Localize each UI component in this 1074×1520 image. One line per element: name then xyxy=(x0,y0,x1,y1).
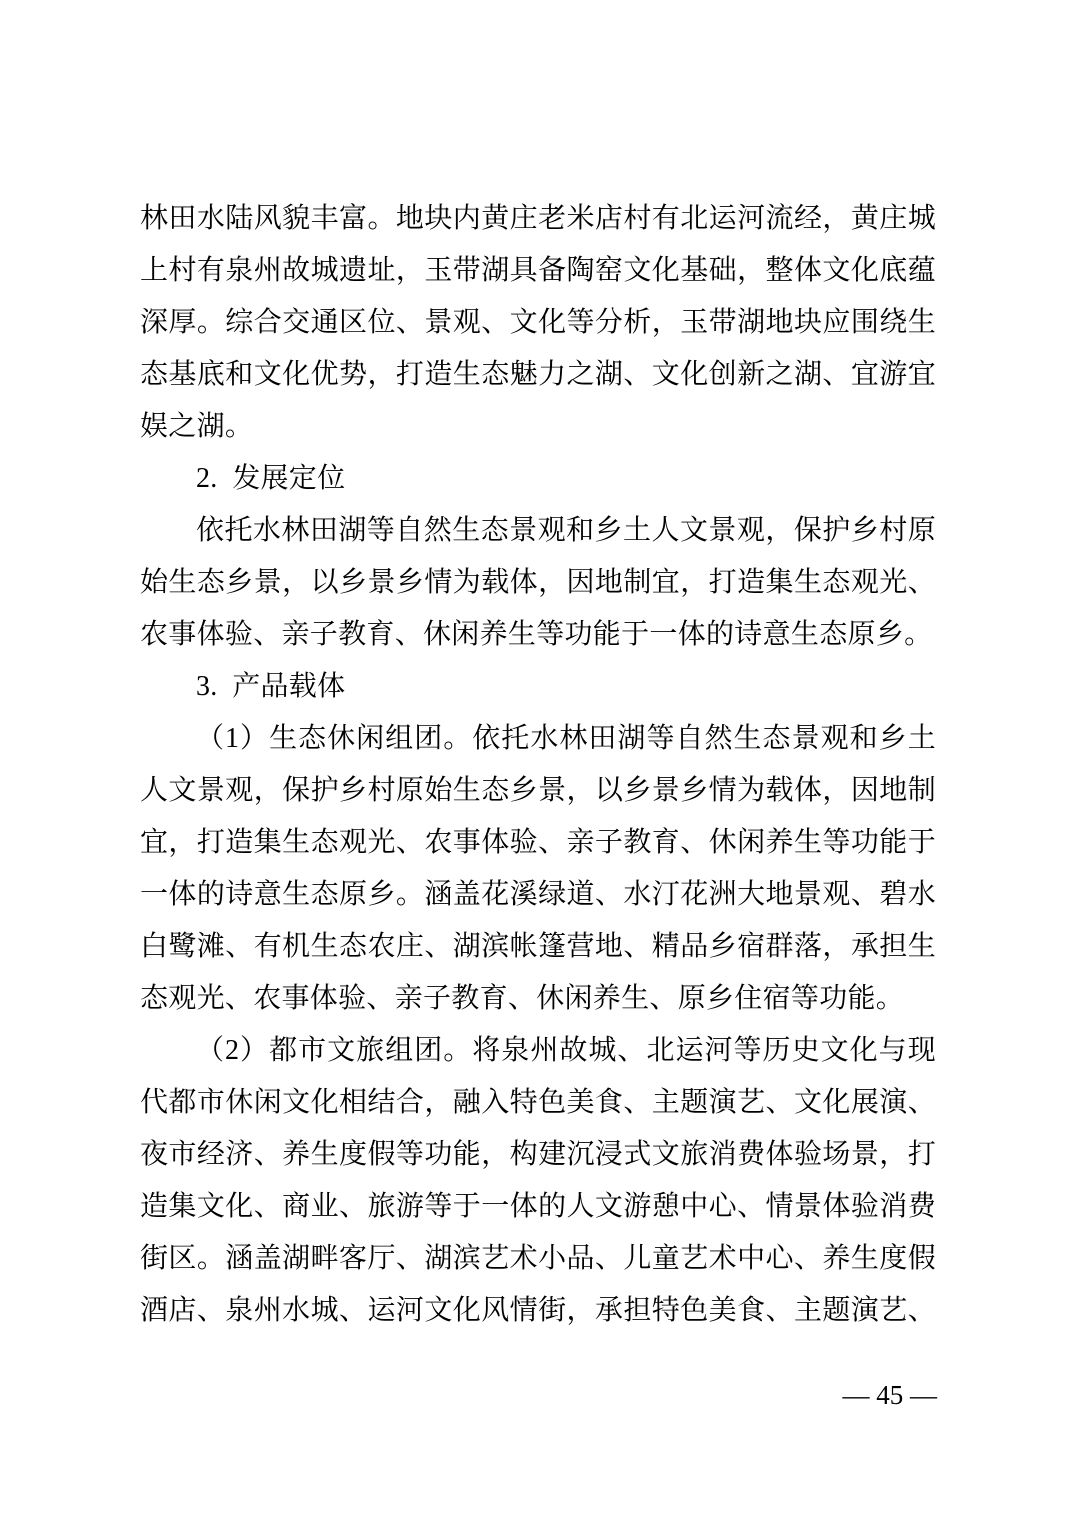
page-number: — 45 — xyxy=(843,1380,938,1410)
section-heading-product-carriers: 3. 产品载体 xyxy=(140,661,936,713)
body-paragraph-development-positioning: 依托水林田湖等自然生态景观和乡土人文景观，保护乡村原始生态乡景，以乡景乡情为载体… xyxy=(140,505,936,661)
body-paragraph-continued: 林田水陆风貌丰富。地块内黄庄老米店村有北运河流经，黄庄城上村有泉州故城遗址，玉带… xyxy=(140,193,936,453)
body-paragraph-urban-culture-tourism-cluster: （2）都市文旅组团。将泉州故城、北运河等历史文化与现代都市休闲文化相结合，融入特… xyxy=(140,1025,936,1337)
page-body: 林田水陆风貌丰富。地块内黄庄老米店村有北运河流经，黄庄城上村有泉州故城遗址，玉带… xyxy=(140,193,936,1337)
body-paragraph-eco-leisure-cluster: （1）生态休闲组团。依托水林田湖等自然生态景观和乡土人文景观，保护乡村原始生态乡… xyxy=(140,713,936,1025)
document-page: 林田水陆风貌丰富。地块内黄庄老米店村有北运河流经，黄庄城上村有泉州故城遗址，玉带… xyxy=(0,0,1074,1520)
section-heading-development-positioning: 2. 发展定位 xyxy=(140,453,936,505)
